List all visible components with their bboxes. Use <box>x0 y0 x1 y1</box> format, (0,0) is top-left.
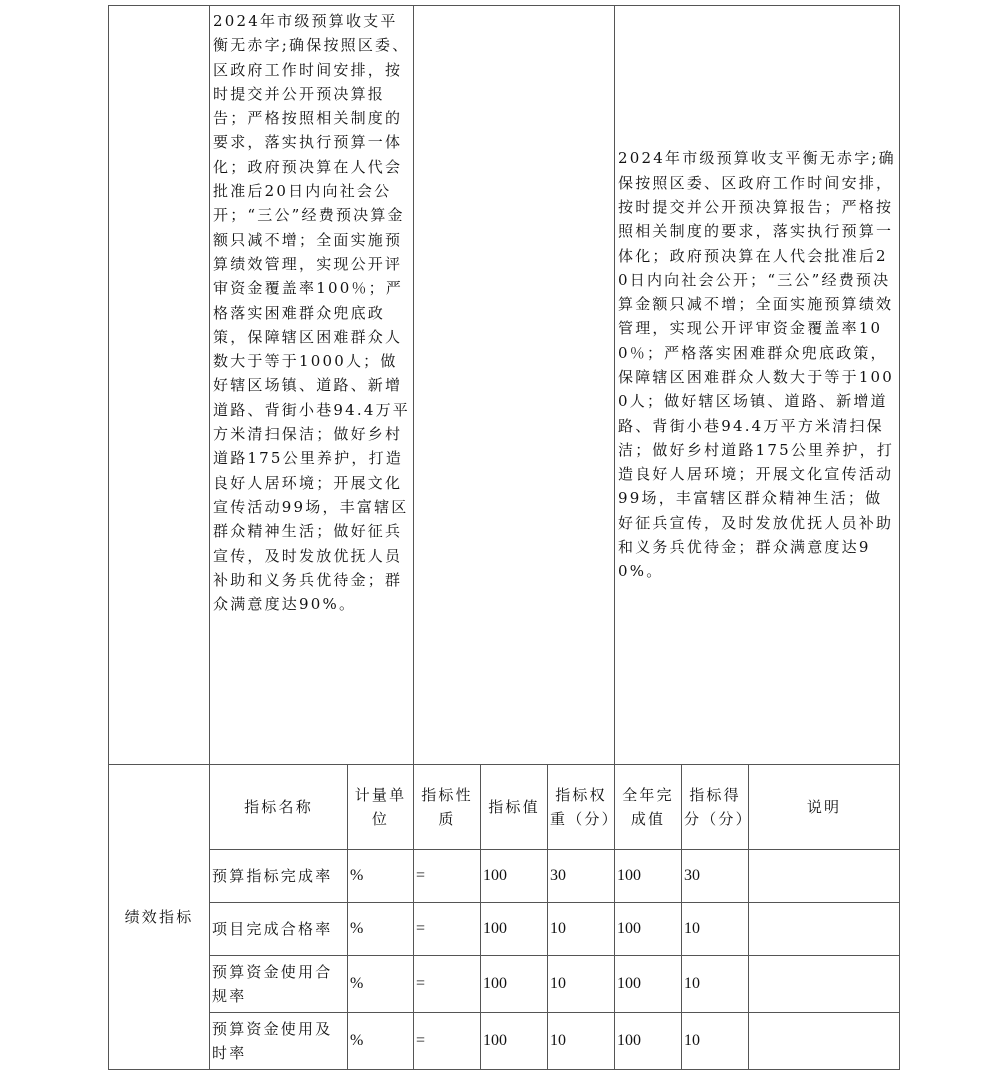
indicator-name: 预算资金使用及时率 <box>210 1013 348 1070</box>
goals-row: 2024年市级预算收支平衡无赤字;确保按照区委、区政府工作时间安排，按时提交并公… <box>109 6 900 765</box>
indicator-weight: 10 <box>548 1013 615 1070</box>
header-nature: 指标性质 <box>414 765 481 850</box>
indicator-actual: 100 <box>615 956 682 1013</box>
table-row: 项目完成合格率 % = 100 10 100 10 <box>109 903 900 956</box>
indicator-actual: 100 <box>615 1013 682 1070</box>
actual-completion-text: 2024年市级预算收支平衡无赤字;确保按照区委、区政府工作时间安排，按时提交并公… <box>615 146 899 583</box>
indicator-unit: % <box>348 956 414 1013</box>
indicator-header-row: 绩效指标 指标名称 计量单位 指标性质 指标值 指标权重（分） 全年完成值 指标… <box>109 765 900 850</box>
table-row: 预算资金使用及时率 % = 100 10 100 10 <box>109 1013 900 1070</box>
indicator-unit: % <box>348 850 414 903</box>
indicator-value: 100 <box>481 850 548 903</box>
header-actual: 全年完成值 <box>615 765 682 850</box>
header-score: 指标得分（分） <box>682 765 749 850</box>
indicator-note <box>749 850 900 903</box>
indicator-actual: 100 <box>615 850 682 903</box>
indicator-actual: 100 <box>615 903 682 956</box>
indicator-nature: = <box>414 956 481 1013</box>
header-indicator-name: 指标名称 <box>210 765 348 850</box>
indicator-value: 100 <box>481 903 548 956</box>
indicator-value: 100 <box>481 1013 548 1070</box>
indicator-score: 10 <box>682 956 749 1013</box>
performance-evaluation-table: 2024年市级预算收支平衡无赤字;确保按照区委、区政府工作时间安排，按时提交并公… <box>108 5 900 1070</box>
indicator-name: 项目完成合格率 <box>210 903 348 956</box>
actual-completion-cell: 2024年市级预算收支平衡无赤字;确保按照区委、区政府工作时间安排，按时提交并公… <box>615 6 900 765</box>
indicator-score: 10 <box>682 903 749 956</box>
indicator-nature: = <box>414 1013 481 1070</box>
indicator-score: 10 <box>682 1013 749 1070</box>
indicator-unit: % <box>348 903 414 956</box>
indicator-value: 100 <box>481 956 548 1013</box>
indicator-unit: % <box>348 1013 414 1070</box>
header-value: 指标值 <box>481 765 548 850</box>
table-row: 预算指标完成率 % = 100 30 100 30 <box>109 850 900 903</box>
indicator-note <box>749 956 900 1013</box>
header-unit: 计量单位 <box>348 765 414 850</box>
header-note: 说明 <box>749 765 900 850</box>
empty-middle-cell <box>414 6 615 765</box>
performance-section-label: 绩效指标 <box>109 765 210 1070</box>
indicator-nature: = <box>414 903 481 956</box>
indicator-nature: = <box>414 850 481 903</box>
indicator-score: 30 <box>682 850 749 903</box>
table-row: 预算资金使用合规率 % = 100 10 100 10 <box>109 956 900 1013</box>
goals-row-label-cell <box>109 6 210 765</box>
indicator-name: 预算指标完成率 <box>210 850 348 903</box>
planned-target-text: 2024年市级预算收支平衡无赤字;确保按照区委、区政府工作时间安排，按时提交并公… <box>210 6 413 616</box>
indicator-name: 预算资金使用合规率 <box>210 956 348 1013</box>
indicator-weight: 30 <box>548 850 615 903</box>
indicator-note <box>749 903 900 956</box>
indicator-weight: 10 <box>548 956 615 1013</box>
indicator-note <box>749 1013 900 1070</box>
planned-target-cell: 2024年市级预算收支平衡无赤字;确保按照区委、区政府工作时间安排，按时提交并公… <box>210 6 414 765</box>
header-weight: 指标权重（分） <box>548 765 615 850</box>
indicator-weight: 10 <box>548 903 615 956</box>
